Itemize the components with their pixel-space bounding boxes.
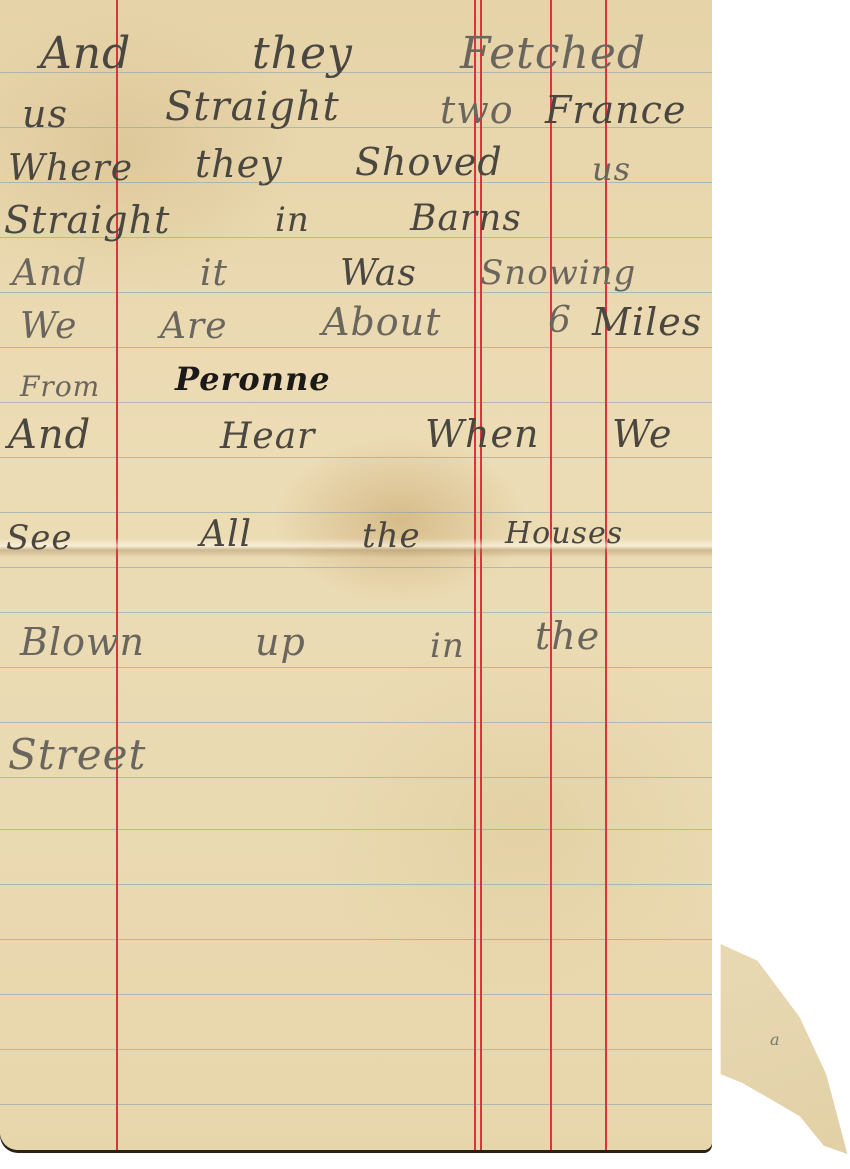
handwritten-word: All: [200, 514, 252, 555]
handwritten-word: Shoved: [355, 140, 503, 184]
torn-paper-flap: [718, 944, 850, 1154]
handwritten-word: in: [275, 200, 310, 240]
handwritten-word: up: [255, 620, 306, 664]
handwritten-word: they: [195, 142, 283, 186]
handwritten-word: the: [535, 614, 600, 658]
handwritten-word: Hear: [220, 416, 315, 457]
handwritten-word: Houses: [505, 516, 623, 551]
handwritten-word: it: [200, 253, 228, 294]
handwritten-word: in: [430, 626, 465, 666]
handwritten-word: See: [6, 518, 73, 558]
handwritten-word: two: [440, 88, 514, 132]
handwritten-word: us: [592, 150, 631, 188]
handwritten-word: France: [545, 88, 686, 132]
handwritten-word: Straight: [165, 84, 340, 130]
handwritten-word: We: [612, 412, 672, 456]
handwritten-word: From: [20, 370, 100, 403]
handwritten-word: And: [12, 253, 87, 294]
handwritten-word: Peronne: [175, 360, 331, 398]
handwritten-word: Street: [8, 730, 146, 779]
handwritten-word: Fetched: [460, 28, 646, 79]
flap-pencil-mark: a: [770, 1030, 780, 1049]
handwritten-word: Barns: [410, 198, 522, 239]
handwritten-word: Was: [340, 253, 417, 294]
handwritten-word: they: [252, 28, 353, 79]
handwritten-word: Snowing: [480, 253, 636, 293]
handwritten-word: 6: [548, 300, 572, 341]
handwritten-word: About: [322, 300, 441, 344]
handwritten-word: Miles: [592, 300, 702, 344]
handwritten-word: us: [22, 92, 68, 136]
handwritten-word: When: [425, 412, 540, 456]
handwritten-word: Where: [8, 148, 133, 189]
letter-page: And they Fetched us Straight two France …: [0, 0, 712, 1150]
handwritten-word: We: [20, 306, 77, 347]
handwritten-word: Straight: [4, 198, 170, 242]
column-line: [550, 0, 552, 1150]
handwritten-word: the: [362, 516, 421, 556]
handwritten-word: Blown: [20, 620, 145, 664]
handwritten-word: And: [8, 412, 91, 458]
handwritten-word: Are: [160, 306, 228, 347]
handwritten-word: And: [40, 28, 131, 79]
